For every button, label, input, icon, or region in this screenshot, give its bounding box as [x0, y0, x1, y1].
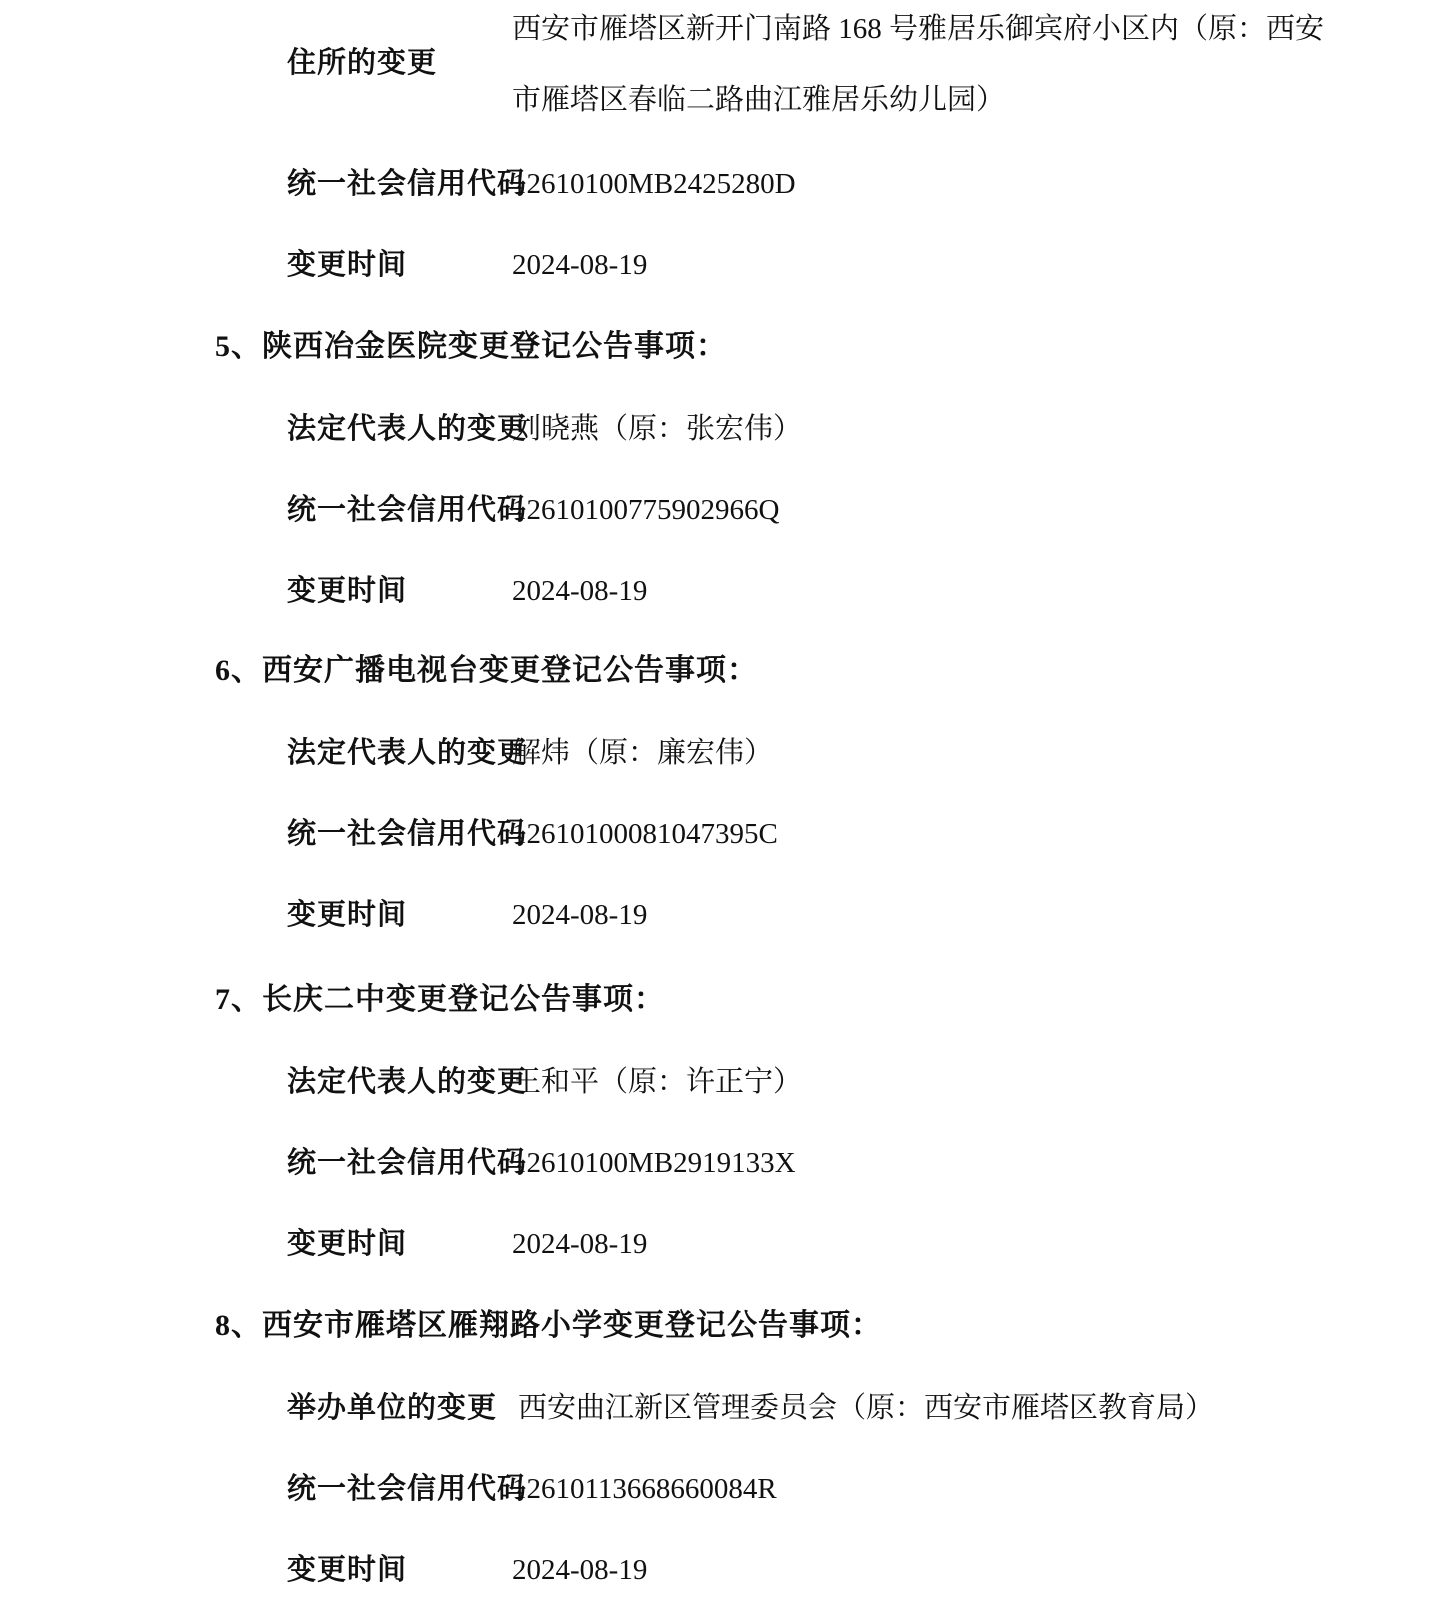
change-date-label: 变更时间 — [287, 573, 407, 609]
legal-rep-change-label: 法定代表人的变更 — [287, 735, 527, 771]
document-page: 西安市雁塔区新开门南路 168 号雅居乐御宾府小区内（原：西安 住所的变更 市雁… — [0, 0, 1450, 1600]
organizer-change-value: 西安曲江新区管理委员会（原：西安市雁塔区教育局） — [518, 1390, 1214, 1426]
credit-code-label: 统一社会信用代码 — [287, 1145, 527, 1181]
legal-rep-change-value: 刘晓燕（原：张宏伟） — [512, 411, 802, 447]
section-heading-5: 5、陕西冶金医院变更登记公告事项： — [215, 329, 727, 365]
change-date-label: 变更时间 — [287, 1226, 407, 1262]
legal-rep-change-value: 解炜（原：廉宏伟） — [512, 735, 773, 771]
legal-rep-change-label: 法定代表人的变更 — [287, 411, 527, 447]
section-heading-8: 8、西安市雁塔区雁翔路小学变更登记公告事项： — [215, 1308, 882, 1344]
credit-code-value: 12610113668660084R — [512, 1471, 777, 1507]
credit-code-label: 统一社会信用代码 — [287, 492, 527, 528]
change-date-label: 变更时间 — [287, 1552, 407, 1588]
credit-code-label: 统一社会信用代码 — [287, 1471, 527, 1507]
credit-code-value: 12610100081047395C — [512, 816, 778, 852]
legal-rep-change-label: 法定代表人的变更 — [287, 1064, 527, 1100]
change-date-value: 2024-08-19 — [512, 1552, 647, 1588]
section-heading-7: 7、长庆二中变更登记公告事项： — [215, 982, 665, 1018]
credit-code-value: 12610100MB2425280D — [512, 166, 796, 202]
change-date-label: 变更时间 — [287, 247, 407, 283]
change-date-value: 2024-08-19 — [512, 573, 647, 609]
legal-rep-change-value: 王和平（原：许正宁） — [512, 1064, 802, 1100]
change-date-value: 2024-08-19 — [512, 247, 647, 283]
section-heading-6: 6、西安广播电视台变更登记公告事项： — [215, 653, 758, 689]
address-change-value-line2: 市雁塔区春临二路曲江雅居乐幼儿园） — [512, 82, 1005, 118]
credit-code-label: 统一社会信用代码 — [287, 816, 527, 852]
organizer-change-label: 举办单位的变更 — [287, 1390, 497, 1426]
credit-code-value: 12610100775902966Q — [512, 492, 779, 528]
credit-code-label: 统一社会信用代码 — [287, 166, 527, 202]
credit-code-value: 12610100MB2919133X — [512, 1145, 796, 1181]
change-date-value: 2024-08-19 — [512, 897, 647, 933]
address-change-value-line1: 西安市雁塔区新开门南路 168 号雅居乐御宾府小区内（原：西安 — [512, 11, 1324, 47]
address-change-label: 住所的变更 — [287, 45, 437, 81]
change-date-value: 2024-08-19 — [512, 1226, 647, 1262]
change-date-label: 变更时间 — [287, 897, 407, 933]
